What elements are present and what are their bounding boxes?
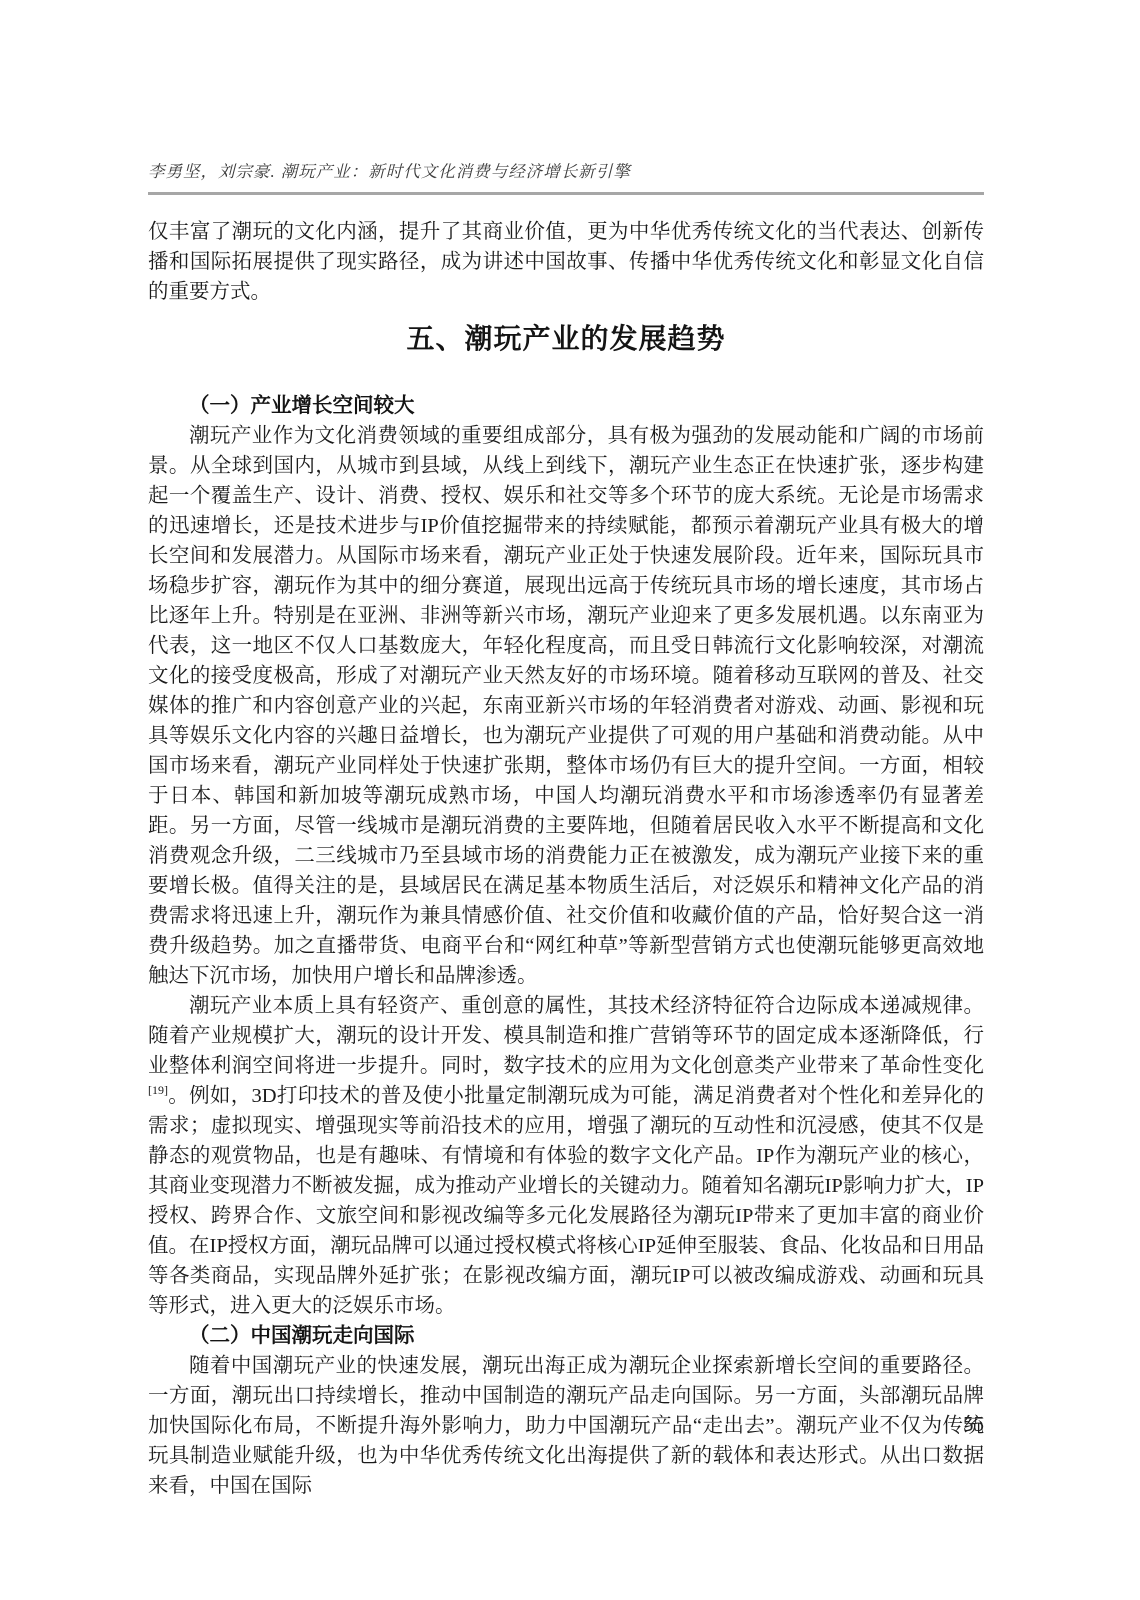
paragraph-technology: 潮玩产业本质上具有轻资产、重创意的属性，其技术经济特征符合边际成本递减规律。随着… (148, 991, 984, 1321)
document-page: 李勇坚，刘宗豪. 潮玩产业：新时代文化消费与经济增长新引擎 仅丰富了潮玩的文化内… (0, 0, 1140, 1600)
citation-ref-19: [19] (148, 1083, 168, 1097)
paragraph-continuation: 仅丰富了潮玩的文化内涵，提升了其商业价值，更为中华优秀传统文化的当代表达、创新传… (148, 217, 984, 307)
subsection-2-title: （二）中国潮玩走向国际 (148, 1321, 984, 1351)
page-number: 55 (148, 1412, 984, 1437)
section-title: 五、潮玩产业的发展趋势 (148, 323, 984, 357)
paragraph-technology-text-before-ref: 潮玩产业本质上具有轻资产、重创意的属性，其技术经济特征符合边际成本递减规律。随着… (148, 995, 984, 1077)
paragraph-technology-text-after-ref: 。例如，3D打印技术的普及使小批量定制潮玩成为可能，满足消费者对个性化和差异化的… (148, 1085, 984, 1317)
subsection-1-title: （一）产业增长空间较大 (148, 391, 984, 421)
paragraph-market-growth: 潮玩产业作为文化消费领域的重要组成部分，具有极为强劲的发展动能和广阔的市场前景。… (148, 421, 984, 991)
header-citation: 李勇坚，刘宗豪. 潮玩产业：新时代文化消费与经济增长新引擎 (148, 162, 631, 181)
running-header: 李勇坚，刘宗豪. 潮玩产业：新时代文化消费与经济增长新引擎 (148, 158, 984, 195)
page-content: 仅丰富了潮玩的文化内涵，提升了其商业价值，更为中华优秀传统文化的当代表达、创新传… (148, 217, 984, 1501)
